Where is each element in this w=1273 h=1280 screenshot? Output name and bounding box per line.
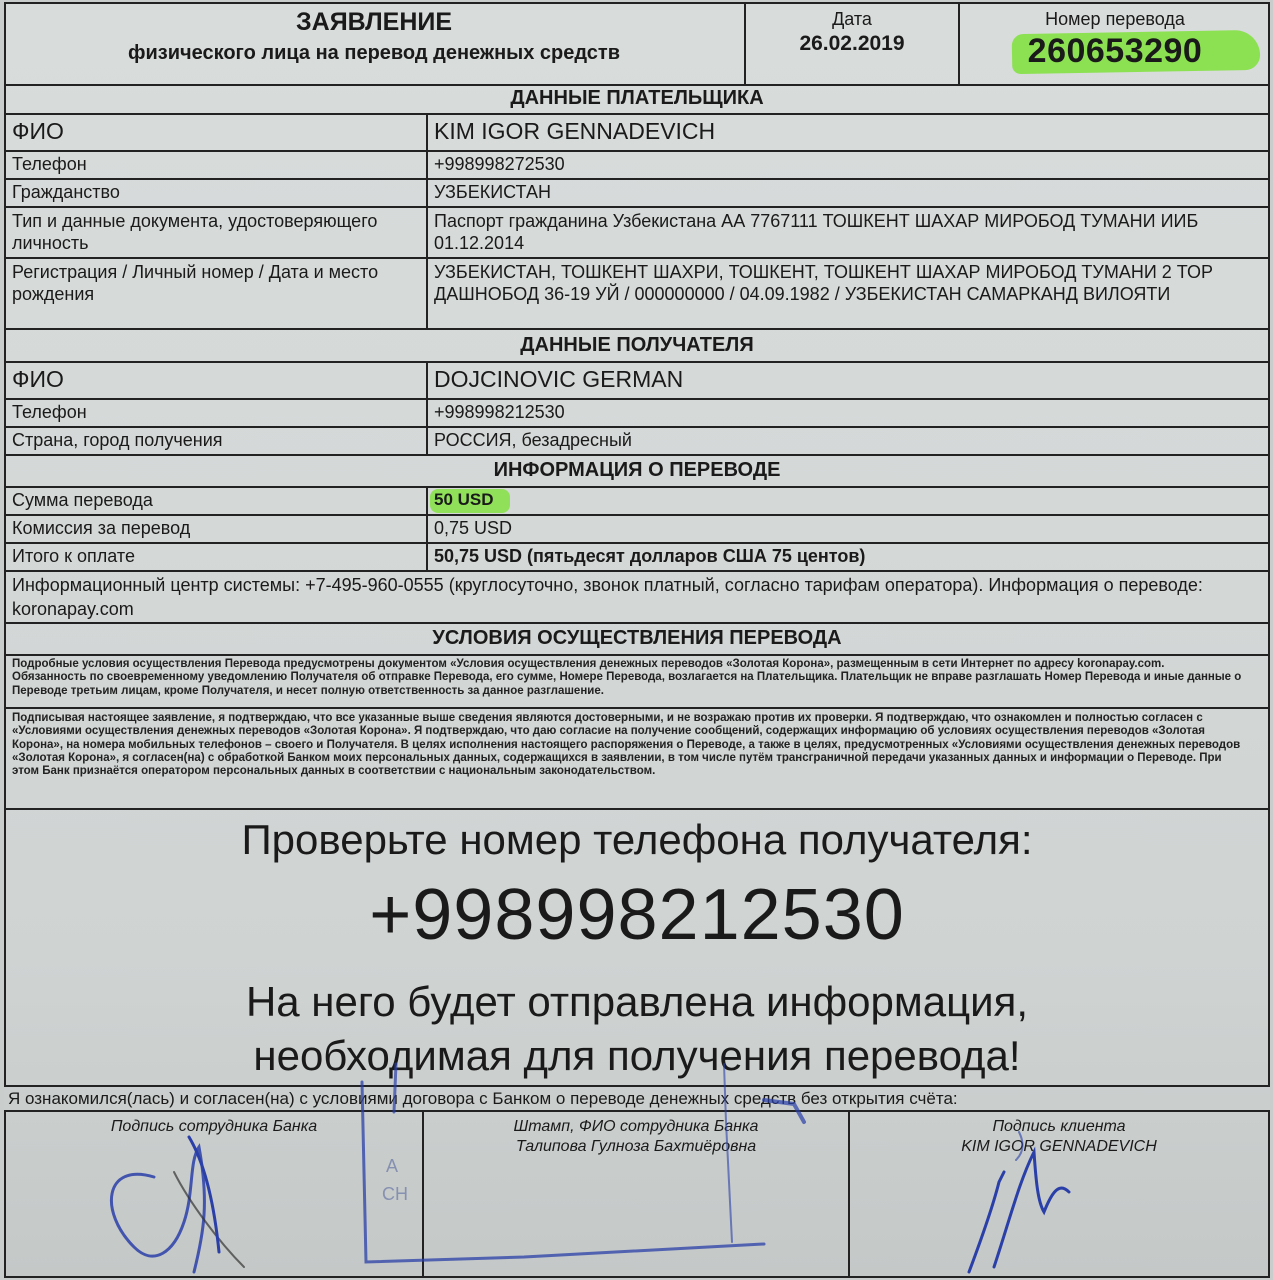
divider [4,707,1270,709]
transfer-application-form: ЗАЯВЛЕНИЕ физического лица на перевод де… [4,2,1270,1278]
payer-section-title: ДАННЫЕ ПЛАТЕЛЬЩИКА [4,87,1270,110]
recipient-location: РОССИЯ, безадресный [434,430,632,451]
info-center-text: Информационный центр системы: +7-495-960… [12,573,1252,621]
recipient-name-label: ФИО [12,366,64,393]
client-name: KIM IGOR GENNADEVICH [850,1138,1268,1156]
bank-employee-signature-label: Подпись сотрудника Банка [6,1118,422,1136]
divider [4,454,1270,456]
check-phone-notice: Проверьте номер телефона получателя: [4,816,1270,864]
notice-line-2: необходимая для получения перевода! [4,1032,1270,1080]
payer-phone-label: Телефон [12,154,87,175]
transfer-number: 260653290 [960,32,1270,71]
divider [4,398,1270,400]
payer-phone: +998998272530 [434,154,565,175]
divider [4,361,1270,363]
divider [4,570,1270,572]
form-title: ЗАЯВЛЕНИЕ [4,8,744,37]
transfer-number-label: Номер перевода [960,9,1270,30]
form-subtitle: физического лица на перевод денежных сре… [4,42,744,65]
divider [4,206,1270,208]
client-signature-label: Подпись клиента [850,1118,1268,1136]
recipient-phone: +998998212530 [434,402,565,423]
recipient-name: DOJCINOVIC GERMAN [434,366,683,393]
payer-name: KIM IGOR GENNADEVICH [434,118,715,145]
divider [4,486,1270,488]
divider [4,257,1270,259]
recipient-section-title: ДАННЫЕ ПОЛУЧАТЕЛЯ [4,334,1270,357]
payer-registration-label: Регистрация / Личный номер / Дата и мест… [12,261,422,305]
payer-document: Паспорт гражданина Узбекистана АА 776711… [434,210,1264,254]
recipient-phone-large: +998998212530 [4,874,1270,956]
commission-value: 0,75 USD [434,518,512,539]
amount-label: Сумма перевода [12,490,153,511]
commission-label: Комиссия за перевод [12,518,190,539]
payer-registration: УЗБЕКИСТАН, ТОШКЕНТ ШАХРИ, ТОШКЕНТ, ТОШК… [434,261,1264,305]
conditions-section-title: УСЛОВИЯ ОСУЩЕСТВЛЕНИЯ ПЕРЕВОДА [4,627,1270,650]
transfer-section-title: ИНФОРМАЦИЯ О ПЕРЕВОДЕ [4,459,1270,482]
amount-value: 50 USD [434,490,494,510]
divider [4,328,1270,330]
stamp-label: Штамп, ФИО сотрудника Банка [424,1118,848,1136]
divider [4,514,1270,516]
conditions-paragraph-2: Подписывая настоящее заявление, я подтве… [12,712,1242,778]
payer-document-label: Тип и данные документа, удостоверяющего … [12,210,422,254]
divider [426,113,428,328]
total-label: Итого к оплате [12,546,135,567]
date-label: Дата [746,9,958,30]
notice-line-1: На него будет отправлена информация, [4,978,1270,1026]
divider [4,542,1270,544]
payer-citizenship: УЗБЕКИСТАН [434,182,551,203]
divider [4,622,1270,624]
divider [426,486,428,570]
recipient-location-label: Страна, город получения [12,430,223,451]
divider [4,84,1270,86]
agreement-text: Я ознакомился(лась) и согласен(на) с усл… [8,1089,958,1109]
divider [4,654,1270,656]
bank-employee-name: Талипова Гулноза Бахтиёровна [424,1138,848,1156]
total-value: 50,75 USD (пятьдесят долларов США 75 цен… [434,546,865,567]
recipient-phone-label: Телефон [12,402,87,423]
divider [4,150,1270,152]
divider [426,361,428,454]
date-value: 26.02.2019 [746,32,958,56]
divider [4,113,1270,115]
divider [4,808,1270,810]
conditions-paragraph-1: Подробные условия осуществления Перевода… [12,658,1242,698]
divider [4,426,1270,428]
payer-citizenship-label: Гражданство [12,182,120,203]
divider [4,178,1270,180]
payer-name-label: ФИО [12,118,64,145]
